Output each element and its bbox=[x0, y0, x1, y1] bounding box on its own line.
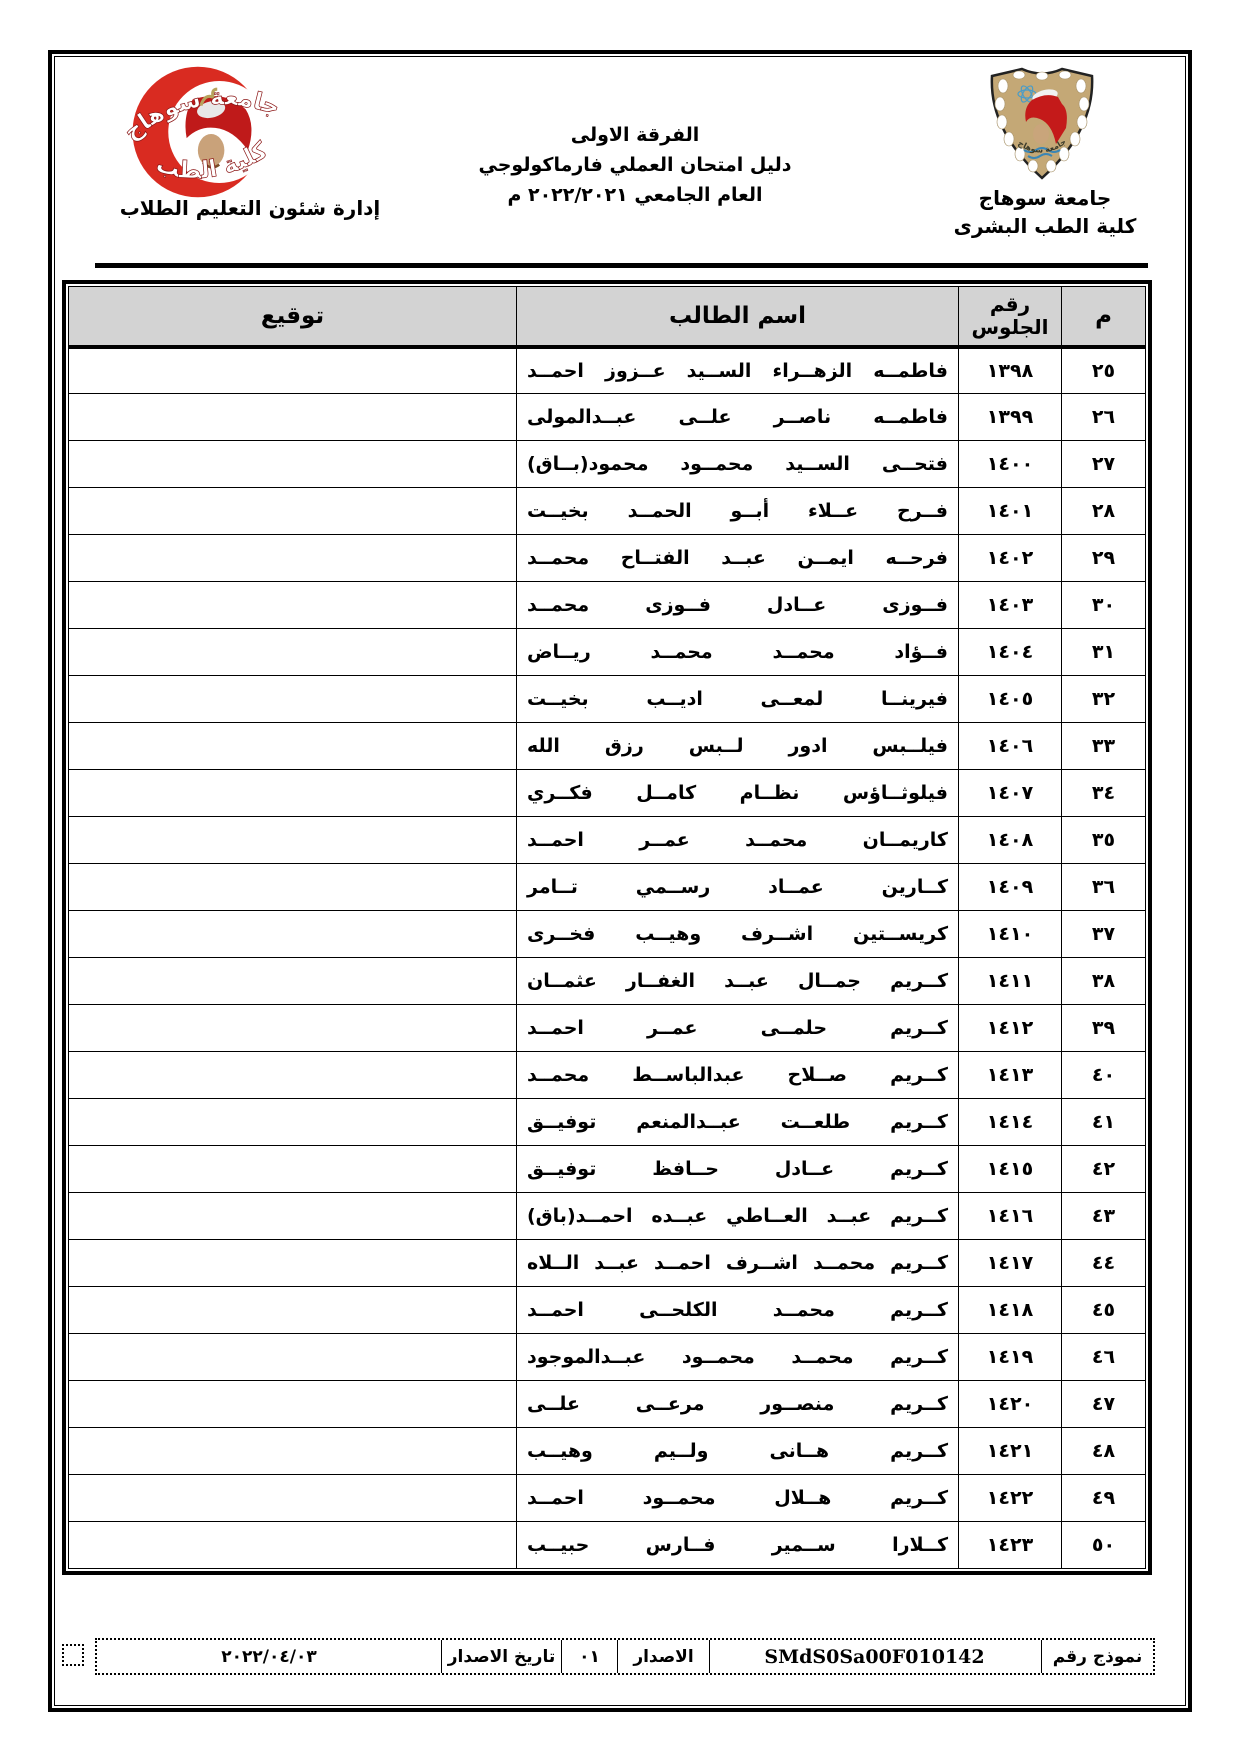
seat-number-cell: ١٤١٣ bbox=[959, 1052, 1062, 1099]
table-row: ٢٩ ١٤٠٢ فرحــه ايمــن عبــد الفتــاح محم… bbox=[69, 535, 1146, 582]
table-row: ٣١ ١٤٠٤ فــؤاد محمــد محمــد ريــاض bbox=[69, 629, 1146, 676]
student-name-cell: فيلوثــاؤس نظــام كامــل فكــري bbox=[517, 770, 959, 817]
table-row: ٣٥ ١٤٠٨ كاريمــان محمــد عمــر احمــد bbox=[69, 817, 1146, 864]
table-row: ٣٧ ١٤١٠ كريســتين اشــرف وهيــب فخــرى bbox=[69, 911, 1146, 958]
serial-cell: ٤٦ bbox=[1062, 1334, 1146, 1381]
table-row: ٣٣ ١٤٠٦ فيلــبس ادور لــبس رزق الله bbox=[69, 723, 1146, 770]
shield-face bbox=[1033, 124, 1049, 144]
table-row: ٣٦ ١٤٠٩ كــارين عمــاد رســمي تــامر bbox=[69, 864, 1146, 911]
student-name-cell: كــريم منصــور مرعــى علــى bbox=[517, 1381, 959, 1428]
serial-cell: ٤٢ bbox=[1062, 1146, 1146, 1193]
student-name-cell: فــوزى عــادل فــوزى محمــد bbox=[517, 582, 959, 629]
page: { "header": { "left_logo": { "top_text":… bbox=[0, 0, 1241, 1754]
table-row: ٤٥ ١٤١٨ كــريم محمــد الكلحــى احمــد bbox=[69, 1287, 1146, 1334]
seat-number-cell: ١٤٠٦ bbox=[959, 723, 1062, 770]
serial-cell: ٢٨ bbox=[1062, 488, 1146, 535]
serial-cell: ٣٨ bbox=[1062, 958, 1146, 1005]
student-name-cell: كــريم محمــد محمــود عبــدالموجود bbox=[517, 1334, 959, 1381]
signature-cell[interactable] bbox=[69, 1287, 517, 1334]
table-row: ٤٣ ١٤١٦ كــريم عبــد العــاطي عبــده احم… bbox=[69, 1193, 1146, 1240]
student-name-cell: كــريم جمــال عبــد الغفــار عثمــان bbox=[517, 958, 959, 1005]
student-name-cell: كريســتين اشــرف وهيــب فخــرى bbox=[517, 911, 959, 958]
version-value: ٠١ bbox=[561, 1640, 617, 1673]
signature-cell[interactable] bbox=[69, 488, 517, 535]
signature-cell[interactable] bbox=[69, 1240, 517, 1287]
student-name-cell: كاريمــان محمــد عمــر احمــد bbox=[517, 817, 959, 864]
seat-number-cell: ١٤١٦ bbox=[959, 1193, 1062, 1240]
table-row: ٣٢ ١٤٠٥ فيرينــا لمعــى اديــب بخيــت bbox=[69, 676, 1146, 723]
title-grade: الفرقة الاولى bbox=[420, 120, 850, 150]
seat-number-cell: ١٤٠٩ bbox=[959, 864, 1062, 911]
serial-cell: ٣٢ bbox=[1062, 676, 1146, 723]
signature-cell[interactable] bbox=[69, 1381, 517, 1428]
seat-number-cell: ١٣٩٨ bbox=[959, 347, 1062, 394]
serial-cell: ٥٠ bbox=[1062, 1522, 1146, 1569]
student-name-cell: كــريم محمــد اشــرف احمــد عبــد الــلا… bbox=[517, 1240, 959, 1287]
table-row: ٢٧ ١٤٠٠ فتحــى الســيد محمــود محمود(بــ… bbox=[69, 441, 1146, 488]
signature-cell[interactable] bbox=[69, 535, 517, 582]
form-info-strip: نموذج رقم SMdS0Sa00F010142 الاصدار ٠١ تا… bbox=[95, 1638, 1155, 1675]
serial-cell: ٤٧ bbox=[1062, 1381, 1146, 1428]
seat-number-cell: ١٤١٠ bbox=[959, 911, 1062, 958]
header-student-name: اسم الطالب bbox=[517, 287, 959, 347]
table-row: ٤٠ ١٤١٣ كــريم صــلاح عبدالباســط محمــد bbox=[69, 1052, 1146, 1099]
seat-number-cell: ١٤١٥ bbox=[959, 1146, 1062, 1193]
table-row: ٣٠ ١٤٠٣ فــوزى عــادل فــوزى محمــد bbox=[69, 582, 1146, 629]
student-name-cell: كــريم عبــد العــاطي عبــده احمــد(باق) bbox=[517, 1193, 959, 1240]
serial-cell: ٤٨ bbox=[1062, 1428, 1146, 1475]
signature-cell[interactable] bbox=[69, 582, 517, 629]
table-row: ٤١ ١٤١٤ كــريم طلعــت عبــدالمنعم توفيــ… bbox=[69, 1099, 1146, 1146]
student-name-cell: فتحــى الســيد محمــود محمود(بــاق) bbox=[517, 441, 959, 488]
serial-cell: ٣٦ bbox=[1062, 864, 1146, 911]
signature-cell[interactable] bbox=[69, 1052, 517, 1099]
signature-cell[interactable] bbox=[69, 441, 517, 488]
student-name-cell: كــريم حلمــى عمــر احمــد bbox=[517, 1005, 959, 1052]
seat-number-cell: ١٤١٤ bbox=[959, 1099, 1062, 1146]
table-row: ٣٤ ١٤٠٧ فيلوثــاؤس نظــام كامــل فكــري bbox=[69, 770, 1146, 817]
table-row: ٢٥ ١٣٩٨ فاطمــه الزهــراء الســيد عــزوز… bbox=[69, 347, 1146, 394]
student-name-cell: فيلــبس ادور لــبس رزق الله bbox=[517, 723, 959, 770]
form-number-label: نموذج رقم bbox=[1041, 1640, 1153, 1673]
seat-number-cell: ١٤٠١ bbox=[959, 488, 1062, 535]
serial-cell: ٣٠ bbox=[1062, 582, 1146, 629]
serial-cell: ٤٥ bbox=[1062, 1287, 1146, 1334]
signature-cell[interactable] bbox=[69, 770, 517, 817]
student-name-cell: كــريم عــادل حــافظ توفيــق bbox=[517, 1146, 959, 1193]
seat-number-cell: ١٤٠٢ bbox=[959, 535, 1062, 582]
table-row: ٤٤ ١٤١٧ كــريم محمــد اشــرف احمــد عبــ… bbox=[69, 1240, 1146, 1287]
signature-cell[interactable] bbox=[69, 1475, 517, 1522]
signature-cell[interactable] bbox=[69, 864, 517, 911]
roster-table: م رقم الجلوس اسم الطالب توقيع ٢٥ ١٣٩٨ فا… bbox=[68, 286, 1146, 1569]
table-row: ٣٩ ١٤١٢ كــريم حلمــى عمــر احمــد bbox=[69, 1005, 1146, 1052]
student-name-cell: كــريم صــلاح عبدالباســط محمــد bbox=[517, 1052, 959, 1099]
seat-number-cell: ١٤٠٠ bbox=[959, 441, 1062, 488]
table-row: ٤٦ ١٤١٩ كــريم محمــد محمــود عبــدالموج… bbox=[69, 1334, 1146, 1381]
serial-cell: ٤٤ bbox=[1062, 1240, 1146, 1287]
seat-number-cell: ١٤٠٨ bbox=[959, 817, 1062, 864]
serial-cell: ٢٩ bbox=[1062, 535, 1146, 582]
table-header-row: م رقم الجلوس اسم الطالب توقيع bbox=[69, 287, 1146, 347]
seat-number-cell: ١٣٩٩ bbox=[959, 394, 1062, 441]
header-signature: توقيع bbox=[69, 287, 517, 347]
seat-number-cell: ١٤٠٤ bbox=[959, 629, 1062, 676]
header-divider-rule bbox=[95, 263, 1148, 268]
signature-cell[interactable] bbox=[69, 347, 517, 394]
student-name-cell: فاطمــه الزهــراء الســيد عــزوز احمــد bbox=[517, 347, 959, 394]
serial-cell: ٤٩ bbox=[1062, 1475, 1146, 1522]
student-name-cell: فــؤاد محمــد محمــد ريــاض bbox=[517, 629, 959, 676]
header-serial: م bbox=[1062, 287, 1146, 347]
seat-number-cell: ١٤١٢ bbox=[959, 1005, 1062, 1052]
serial-cell: ٢٥ bbox=[1062, 347, 1146, 394]
seat-number-cell: ١٤١١ bbox=[959, 958, 1062, 1005]
student-rows: ٢٥ ١٣٩٨ فاطمــه الزهــراء الســيد عــزوز… bbox=[69, 347, 1146, 1569]
table-row: ٤٢ ١٤١٥ كــريم عــادل حــافظ توفيــق bbox=[69, 1146, 1146, 1193]
student-name-cell: كــارين عمــاد رســمي تــامر bbox=[517, 864, 959, 911]
serial-cell: ٣٤ bbox=[1062, 770, 1146, 817]
student-name-cell: فاطمــه ناصــر علــى عبــدالمولى bbox=[517, 394, 959, 441]
table-row: ٢٨ ١٤٠١ فــرح عــلاء أبــو الحمــد بخيــ… bbox=[69, 488, 1146, 535]
signature-cell[interactable] bbox=[69, 1522, 517, 1569]
seat-number-cell: ١٤٠٣ bbox=[959, 582, 1062, 629]
seat-number-cell: ١٤١٧ bbox=[959, 1240, 1062, 1287]
faculty-name: كلية الطب البشرى bbox=[925, 212, 1165, 240]
serial-cell: ٣١ bbox=[1062, 629, 1146, 676]
signature-cell[interactable] bbox=[69, 1005, 517, 1052]
signature-cell[interactable] bbox=[69, 676, 517, 723]
student-name-cell: فيرينــا لمعــى اديــب بخيــت bbox=[517, 676, 959, 723]
signature-cell[interactable] bbox=[69, 1146, 517, 1193]
seat-number-cell: ١٤٢٢ bbox=[959, 1475, 1062, 1522]
signature-cell[interactable] bbox=[69, 394, 517, 441]
signature-cell[interactable] bbox=[69, 817, 517, 864]
issue-date-value: ٢٠٢٢/٠٤/٠٣ bbox=[97, 1640, 441, 1673]
seat-number-cell: ١٤٢٣ bbox=[959, 1522, 1062, 1569]
serial-cell: ٢٦ bbox=[1062, 394, 1146, 441]
table-row: ٤٧ ١٤٢٠ كــريم منصــور مرعــى علــى bbox=[69, 1381, 1146, 1428]
student-name-cell: فرحــه ايمــن عبــد الفتــاح محمــد bbox=[517, 535, 959, 582]
signature-cell[interactable] bbox=[69, 1193, 517, 1240]
table-row: ٥٠ ١٤٢٣ كــلارا ســمير فــارس حبيــب bbox=[69, 1522, 1146, 1569]
serial-cell: ٣٧ bbox=[1062, 911, 1146, 958]
student-name-cell: كــريم هــلال محمــود احمــد bbox=[517, 1475, 959, 1522]
version-label: الاصدار bbox=[617, 1640, 709, 1673]
table-row: ٤٨ ١٤٢١ كــريم هــانى ولــيم وهيــب bbox=[69, 1428, 1146, 1475]
student-name-cell: كــريم محمــد الكلحــى احمــد bbox=[517, 1287, 959, 1334]
signature-cell[interactable] bbox=[69, 911, 517, 958]
serial-cell: ٣٩ bbox=[1062, 1005, 1146, 1052]
seat-number-cell: ١٤٢١ bbox=[959, 1428, 1062, 1475]
header-seat-number: رقم الجلوس bbox=[959, 287, 1062, 347]
signature-cell[interactable] bbox=[69, 1334, 517, 1381]
university-name: جامعة سوهاج bbox=[925, 184, 1165, 212]
document-title-block: الفرقة الاولى دليل امتحان العملي فارماكو… bbox=[420, 120, 850, 210]
student-name-cell: فــرح عــلاء أبــو الحمــد بخيــت bbox=[517, 488, 959, 535]
serial-cell: ٤١ bbox=[1062, 1099, 1146, 1146]
table-row: ٣٨ ١٤١١ كــريم جمــال عبــد الغفــار عثم… bbox=[69, 958, 1146, 1005]
serial-cell: ٤٠ bbox=[1062, 1052, 1146, 1099]
signature-cell[interactable] bbox=[69, 723, 517, 770]
roster-table-frame: م رقم الجلوس اسم الطالب توقيع ٢٥ ١٣٩٨ فا… bbox=[62, 280, 1152, 1575]
seat-number-cell: ١٤٠٧ bbox=[959, 770, 1062, 817]
faculty-crescent-logo: جامعة سوهاج كلية الطب bbox=[103, 64, 307, 200]
title-exam: دليل امتحان العملي فارماكولوجي bbox=[420, 150, 850, 180]
table-row: ٤٩ ١٤٢٢ كــريم هــلال محمــود احمــد bbox=[69, 1475, 1146, 1522]
student-name-cell: كــلارا ســمير فــارس حبيــب bbox=[517, 1522, 959, 1569]
seat-number-cell: ١٤٠٥ bbox=[959, 676, 1062, 723]
signature-cell[interactable] bbox=[69, 1428, 517, 1475]
issue-date-label: تاريخ الاصدار bbox=[441, 1640, 561, 1673]
serial-cell: ٤٣ bbox=[1062, 1193, 1146, 1240]
serial-cell: ٢٧ bbox=[1062, 441, 1146, 488]
student-name-cell: كــريم طلعــت عبــدالمنعم توفيــق bbox=[517, 1099, 959, 1146]
serial-cell: ٣٥ bbox=[1062, 817, 1146, 864]
department-title: إدارة شئون التعليم الطلاب bbox=[100, 196, 400, 220]
table-row: ٢٦ ١٣٩٩ فاطمــه ناصــر علــى عبــدالمولى bbox=[69, 394, 1146, 441]
student-name-cell: كــريم هــانى ولــيم وهيــب bbox=[517, 1428, 959, 1475]
signature-cell[interactable] bbox=[69, 958, 517, 1005]
university-shield-logo: جامعة سوهاج bbox=[982, 64, 1102, 182]
title-academic-year: العام الجامعي ٢٠٢٢/٢٠٢١ م bbox=[420, 180, 850, 210]
seat-number-cell: ١٤١٨ bbox=[959, 1287, 1062, 1334]
university-name-block: جامعة سوهاج كلية الطب البشرى bbox=[925, 184, 1165, 240]
seat-number-cell: ١٤١٩ bbox=[959, 1334, 1062, 1381]
seat-number-cell: ١٤٢٠ bbox=[959, 1381, 1062, 1428]
signature-cell[interactable] bbox=[69, 629, 517, 676]
footer-dotted-box bbox=[62, 1644, 84, 1666]
signature-cell[interactable] bbox=[69, 1099, 517, 1146]
serial-cell: ٣٣ bbox=[1062, 723, 1146, 770]
form-number-value: SMdS0Sa00F010142 bbox=[709, 1640, 1041, 1673]
